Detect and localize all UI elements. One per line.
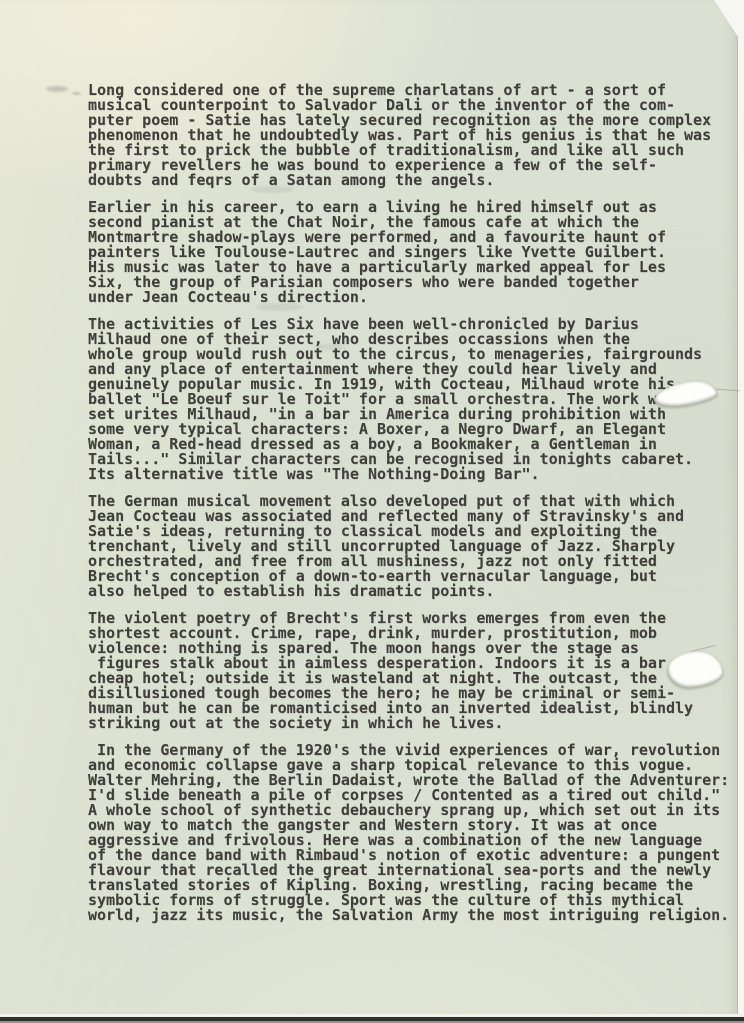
typewritten-text: Long considered one of the supreme charl… [0,0,729,935]
paragraph-satie-intro: Long considered one of the supreme charl… [88,83,729,188]
paper-sheet: Long considered one of the supreme charl… [0,0,738,1014]
scanner-corner-top-right [714,0,744,46]
paragraph-brecht-poetry: The violent poetry of Brecht's first wor… [88,611,729,731]
scanned-page: Long considered one of the supreme charl… [0,0,744,1023]
paragraph-chat-noir: Earlier in his career, to earn a living … [88,200,729,305]
paragraph-germany-1920s: In the Germany of the 1920's the vivid e… [88,743,729,923]
paragraph-les-six: The activities of Les Six have been well… [88,317,729,482]
paragraph-german-movement: The German musical movement also develop… [88,494,729,599]
